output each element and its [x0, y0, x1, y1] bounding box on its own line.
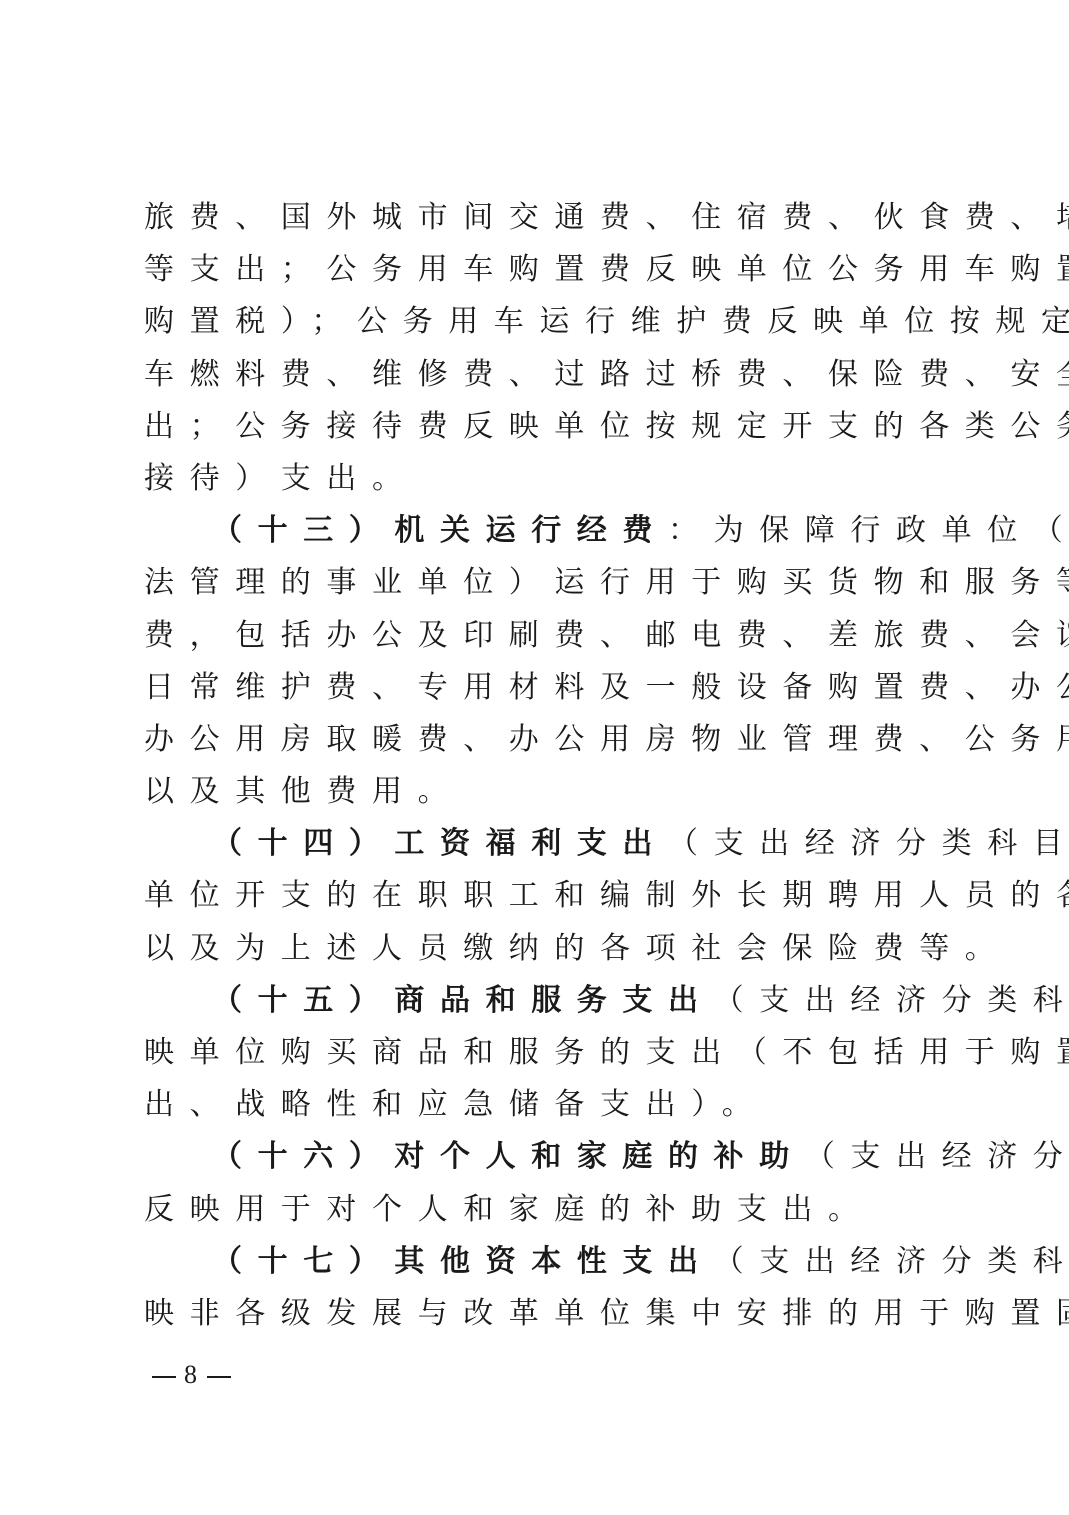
paragraph-line: 等支出；公务用车购置费反映单位公务用车购置支出（含车辆	[144, 244, 934, 296]
section-14-heading: （十四）工资福利支出	[212, 826, 668, 861]
section-16-first-line: （十六）对个人和家庭的补助（支出经济分类科目类级）：	[144, 1131, 934, 1183]
paragraph-line: 接待）支出。	[144, 453, 934, 505]
dash-right	[207, 1376, 231, 1378]
paragraph-line: 费，包括办公及印刷费、邮电费、差旅费、会议费、福利费、	[144, 610, 934, 662]
section-13-first-line: （十三）机关运行经费：为保障行政单位（含参照公务员	[144, 505, 934, 557]
section-15-text: （支出经济分类科目类级）：反	[714, 983, 1069, 1018]
paragraph-line: 以及其他费用。	[144, 766, 934, 818]
section-17-heading: （十七）其他资本性支出	[212, 1244, 714, 1279]
section-16-heading: （十六）对个人和家庭的补助	[212, 1139, 805, 1174]
section-17-text: （支出经济分类科目类级）：反	[714, 1244, 1069, 1279]
paragraph-line: 购置税）；公务用车运行维护费反映单位按规定保留的公务用	[144, 296, 934, 348]
paragraph-line: 出、战略性和应急储备支出）。	[144, 1079, 934, 1131]
paragraph-line: 车燃料费、维修费、过路过桥费、保险费、安全奖励费用等支	[144, 349, 934, 401]
page-footer: 8	[144, 1358, 239, 1392]
paragraph-line: 单位开支的在职职工和编制外长期聘用人员的各类劳动报酬，	[144, 870, 934, 922]
document-page: 旅费、国外城市间交通费、住宿费、伙食费、培训费、公杂费 等支出；公务用车购置费反…	[0, 0, 1069, 1515]
paragraph-line: 以及为上述人员缴纳的各项社会保险费等。	[144, 923, 934, 975]
paragraph-line: 映单位购买商品和服务的支出（不包括用于购置固定资产的支	[144, 1027, 934, 1079]
document-body: 旅费、国外城市间交通费、住宿费、伙食费、培训费、公杂费 等支出；公务用车购置费反…	[144, 192, 934, 1340]
section-17-first-line: （十七）其他资本性支出（支出经济分类科目类级）：反	[144, 1236, 934, 1288]
paragraph-line: 法管理的事业单位）运行用于购买货物和服务等的各项公用经	[144, 557, 934, 609]
section-14-text: （支出经济分类科目类级）：反映	[668, 826, 1069, 861]
paragraph-line: 反映用于对个人和家庭的补助支出。	[144, 1184, 934, 1236]
paragraph-line: 出；公务接待费反映单位按规定开支的各类公务接待（含外宾	[144, 401, 934, 453]
paragraph-line: 办公用房取暖费、办公用房物业管理费、公务用车运行维护费	[144, 714, 934, 766]
section-15-first-line: （十五）商品和服务支出（支出经济分类科目类级）：反	[144, 975, 934, 1027]
paragraph-line: 日常维护费、专用材料及一般设备购置费、办公用房水电费、	[144, 662, 934, 714]
dash-left	[152, 1376, 176, 1378]
section-14-first-line: （十四）工资福利支出（支出经济分类科目类级）：反映	[144, 818, 934, 870]
section-15-heading: （十五）商品和服务支出	[212, 983, 714, 1018]
paragraph-line: 旅费、国外城市间交通费、住宿费、伙食费、培训费、公杂费	[144, 192, 934, 244]
paragraph-line: 映非各级发展与改革单位集中安排的用于购置固定资产、战略	[144, 1288, 934, 1340]
page-number: 8	[184, 1360, 199, 1389]
section-16-text: （支出经济分类科目类级）：	[805, 1139, 1069, 1174]
section-13-text: ：为保障行政单位（含参照公务员	[668, 513, 1069, 548]
section-13-heading: （十三）机关运行经费	[212, 513, 668, 548]
